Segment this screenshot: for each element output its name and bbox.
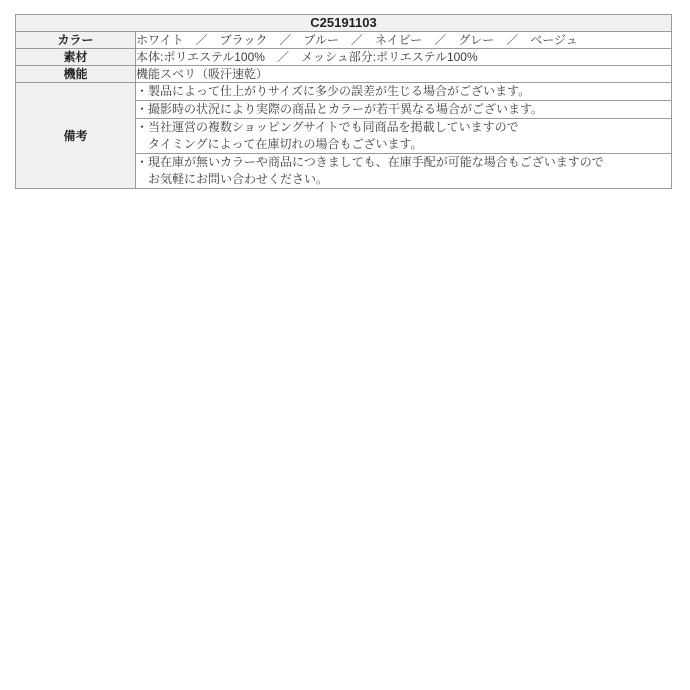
remark-item: ・現在庫が無いカラーや商品につきましても、在庫手配が可能な場合もございますので … bbox=[136, 154, 672, 189]
remark-text: ・撮影時の状況により実際の商品とカラーが若干異なる場合がございます。 bbox=[136, 101, 671, 118]
remark-item: ・製品によって仕上がりサイズに多少の誤差が生じる場合がございます。 bbox=[136, 83, 672, 101]
spec-label-remarks: 備考 bbox=[16, 83, 136, 189]
product-code: C25191103 bbox=[16, 15, 672, 32]
spec-label-function: 機能 bbox=[16, 66, 136, 83]
spec-row-color: カラー ホワイト ／ ブラック ／ ブルー ／ ネイビー ／ グレー ／ ベージ… bbox=[16, 32, 672, 49]
remark-text-continued: お気軽にお問い合わせください。 bbox=[136, 171, 671, 188]
remark-item: ・当社運営の複数ショッピングサイトでも同商品を掲載していますので タイミングによ… bbox=[136, 119, 672, 154]
product-code-row: C25191103 bbox=[16, 15, 672, 32]
spec-row-material: 素材 本体:ポリエステル100% ／ メッシュ部分:ポリエステル100% bbox=[16, 49, 672, 66]
remark-text: ・当社運営の複数ショッピングサイトでも同商品を掲載していますので bbox=[136, 119, 671, 136]
spec-value-material: 本体:ポリエステル100% ／ メッシュ部分:ポリエステル100% bbox=[136, 49, 672, 66]
remark-text-continued: タイミングによって在庫切れの場合もございます。 bbox=[136, 136, 671, 153]
product-spec-table: C25191103 カラー ホワイト ／ ブラック ／ ブルー ／ ネイビー ／… bbox=[15, 14, 672, 189]
page-background: C25191103 カラー ホワイト ／ ブラック ／ ブルー ／ ネイビー ／… bbox=[0, 0, 690, 690]
spec-label-material: 素材 bbox=[16, 49, 136, 66]
spec-row-function: 機能 機能スベリ（吸汗速乾） bbox=[16, 66, 672, 83]
remark-text: ・製品によって仕上がりサイズに多少の誤差が生じる場合がございます。 bbox=[136, 83, 671, 100]
spec-row-remarks: 備考 ・製品によって仕上がりサイズに多少の誤差が生じる場合がございます。 bbox=[16, 83, 672, 101]
remark-text: ・現在庫が無いカラーや商品につきましても、在庫手配が可能な場合もございますので bbox=[136, 154, 671, 171]
spec-value-function: 機能スベリ（吸汗速乾） bbox=[136, 66, 672, 83]
spec-label-color: カラー bbox=[16, 32, 136, 49]
remark-item: ・撮影時の状況により実際の商品とカラーが若干異なる場合がございます。 bbox=[136, 101, 672, 119]
spec-value-color: ホワイト ／ ブラック ／ ブルー ／ ネイビー ／ グレー ／ ベージュ bbox=[136, 32, 672, 49]
